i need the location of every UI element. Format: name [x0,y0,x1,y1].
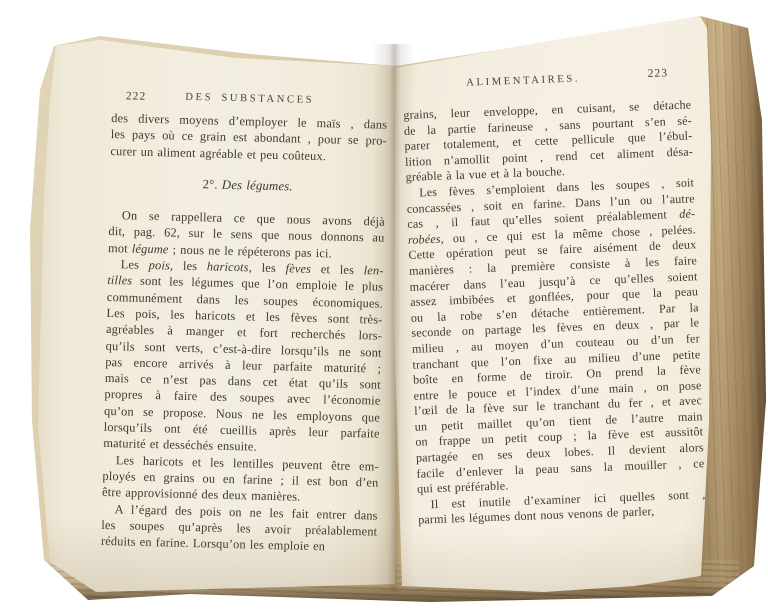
italic-text: Des légumes. [222,178,293,194]
text-line: les soupes qu’après les avoir préalablem… [101,517,377,540]
text-line: parmi les légumes dont nous venons de pa… [418,503,706,529]
text-line: robées, ou , ce qui est la même chose , … [408,222,696,248]
italic-text: haricots [207,259,249,274]
text-line: cas , il faut qu’elles soient préalablem… [407,207,695,233]
right-page-text: ALIMENTAIRES. 223 grains, leur enveloppe… [402,67,706,528]
text-line: Il est inutile d’examiner ici quelles so… [417,487,705,513]
text-line: facile d’enlever la peau sans la mouille… [416,456,704,482]
text-line: ou la robe s’en détache entièrement. Par… [411,300,699,326]
text-line: lition n’amollit point , rend cet alimen… [405,144,693,170]
text-line: qui est préférable. [417,471,705,497]
text-line: Les pois, les haricots, les fèves et les… [107,256,383,279]
paragraph: A l’égard des pois on ne les fait entrer… [101,500,378,556]
text-line: lorsqu’ils ont été cueillis après leur p… [104,419,380,442]
paragraph: grains, leur enveloppe, en cuisant, se d… [403,97,694,185]
italic-text: robées [408,231,441,246]
text-line: macérer dans l’eau jusqu’à ce qu’elles s… [409,269,697,295]
italic-text: len- [364,263,384,277]
text-line: manières : la première consiste à les fa… [409,253,697,279]
text-line: on frappe un petit coup ; la fève est au… [415,425,703,451]
text-line: tranchant que l’on fixe au milieu d’une … [412,347,700,373]
text-line: qu’ils sont verts, c’est-à-dire lorsqu’i… [106,337,382,360]
page-number-left: 222 [126,88,147,105]
page-header-left: 222 DES SUBSTANCES [112,88,388,112]
paragraph: Il est inutile d’examiner ici quelles so… [417,487,706,529]
italic-text: pois [149,258,171,273]
text-line: curer un aliment agréable et peu coûteux… [110,143,386,166]
text-line: de la partie farineuse , sans pourtant s… [404,113,692,139]
text-line: milieu , au moyen d’un couteau ou d’un f… [412,331,700,357]
text-line: dit, pag. 62, sur le sens que nous donno… [108,223,384,246]
left-page-text: 222 DES SUBSTANCES des divers moyens d’e… [101,88,388,556]
text-line: pas encore arrivés à leur parfaite matur… [105,354,381,377]
text-line: On se rappellera ce que nous avons déjà [109,207,385,230]
text-line: être approvisionné des deux manières. [102,484,378,507]
text-line: maturité et desséchés ensuite. [103,435,379,458]
right-page-body: grains, leur enveloppe, en cuisant, se d… [403,97,706,528]
text-line: 2°. Des légumes. [110,174,386,197]
text-line: les pays où ce grain est abondant , pour… [111,126,387,149]
right-page: ALIMENTAIRES. 223 grains, leur enveloppe… [394,14,720,598]
paragraph: On se rappellera ce que nous avons déjàd… [108,207,385,263]
text-line: gréable à la vue et à la bouche. [405,160,693,186]
paragraph: Les pois, les haricots, les fèves et les… [103,256,384,458]
book-photo: 222 DES SUBSTANCES des divers moyens d’e… [0,0,768,611]
text-line: mais ce n’est pas dans cet état qu’ils s… [105,370,381,393]
text-line: partagée en ses deux lobes. Il devient a… [416,440,704,466]
text-line: Les pois, les haricots et les fèves sont… [106,305,382,328]
text-line: entre le pouce et l’index d’une main , o… [413,378,701,404]
section-heading: 2°. Des légumes. [110,174,386,197]
text-line: réduits en farine. Lorsqu’on les emploie… [101,533,377,556]
text-line: Cette opération peut se faire aisément d… [408,238,696,264]
running-head-left: DES SUBSTANCES [112,88,388,111]
text-line: ployés en grains ou en farine ; il est b… [102,468,378,491]
italic-text: légume [132,241,169,256]
text-line: des divers moyens d’employer le maïs , d… [111,110,387,133]
left-page-body: des divers moyens d’employer le maïs , d… [101,110,388,556]
text-line: boîte en forme de tiroir. On prend la fè… [413,362,701,388]
italic-text: tilles [107,273,132,288]
text-line: tilles sont les légumes que l’on emploie… [107,272,383,295]
text-line: concassées , soit en farine. Dans l’un o… [407,191,695,217]
text-line: A l’égard des pois on ne les fait entrer… [102,500,378,523]
paragraph: Les fèves s’emploient dans les soupes , … [406,175,705,497]
paragraph: Les haricots et les lentilles peuvent êt… [102,452,379,508]
left-page: 222 DES SUBSTANCES des divers moyens d’e… [36,36,396,594]
text-line: assez imbibées et gonflées, pour que la … [410,284,698,310]
italic-text: fèves [285,261,311,276]
page-number-right: 223 [647,65,668,81]
text-line: Les fèves s’emploient dans les soupes , … [406,175,694,201]
paragraph: des divers moyens d’employer le maïs , d… [110,110,387,166]
text-line: un petit maillet qu’on tient de l’autre … [415,409,703,435]
italic-text: dé- [679,207,695,222]
text-line: mot légume ; nous ne le répéterons pas i… [108,240,384,263]
text-line: parer totalement, et cette pellicule que… [404,129,692,155]
text-line: seconde on partage les fèves en deux , p… [411,316,699,342]
text-line: l’œil de la fève sur le tranchant du fer… [414,394,702,420]
running-head-right: ALIMENTAIRES. [402,67,690,93]
text-line: qu’on se propose. Nous ne les employons … [104,403,380,426]
text-line: communément dans les soupes économiques. [107,289,383,312]
text-line: Les haricots et les lentilles peuvent êt… [103,452,379,475]
page-header-right: ALIMENTAIRES. 223 [402,67,690,95]
text-line: grains, leur enveloppe, en cuisant, se d… [403,97,691,123]
text-line: agréables à manger et fort recherchés lo… [106,321,382,344]
text-line: propres à faire des soupes avec l’économ… [104,386,380,409]
